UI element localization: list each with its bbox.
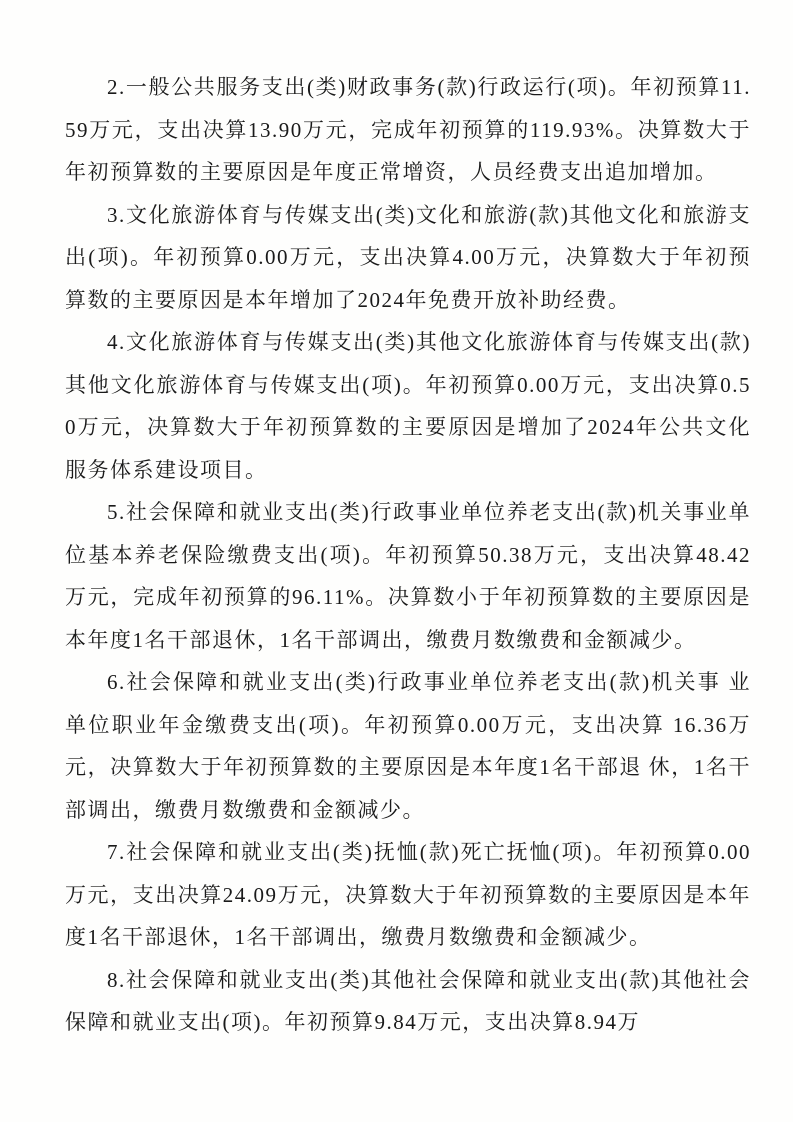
paragraph-item-7: 7.社会保障和就业支出(类)抚恤(款)死亡抚恤(项)。年初预算0.00万元，支出… [65,831,751,959]
paragraph-item-3: 3.文化旅游体育与传媒支出(类)文化和旅游(款)其他文化和旅游支出(项)。年初预… [65,194,751,322]
document-page: 2.一般公共服务支出(类)财政事务(款)行政运行(项)。年初预算11.59万元，… [0,0,793,1122]
paragraph-item-4: 4.文化旅游体育与传媒支出(类)其他文化旅游体育与传媒支出(款)其他文化旅游体育… [65,321,751,491]
paragraph-item-2: 2.一般公共服务支出(类)财政事务(款)行政运行(项)。年初预算11.59万元，… [65,66,751,194]
paragraph-item-8: 8.社会保障和就业支出(类)其他社会保障和就业支出(款)其他社会保障和就业支出(… [65,959,751,1044]
paragraph-item-5: 5.社会保障和就业支出(类)行政事业单位养老支出(款)机关事业单位基本养老保险缴… [65,491,751,661]
paragraph-item-6: 6.社会保障和就业支出(类)行政事业单位养老支出(款)机关事 业单位职业年金缴费… [65,661,751,831]
